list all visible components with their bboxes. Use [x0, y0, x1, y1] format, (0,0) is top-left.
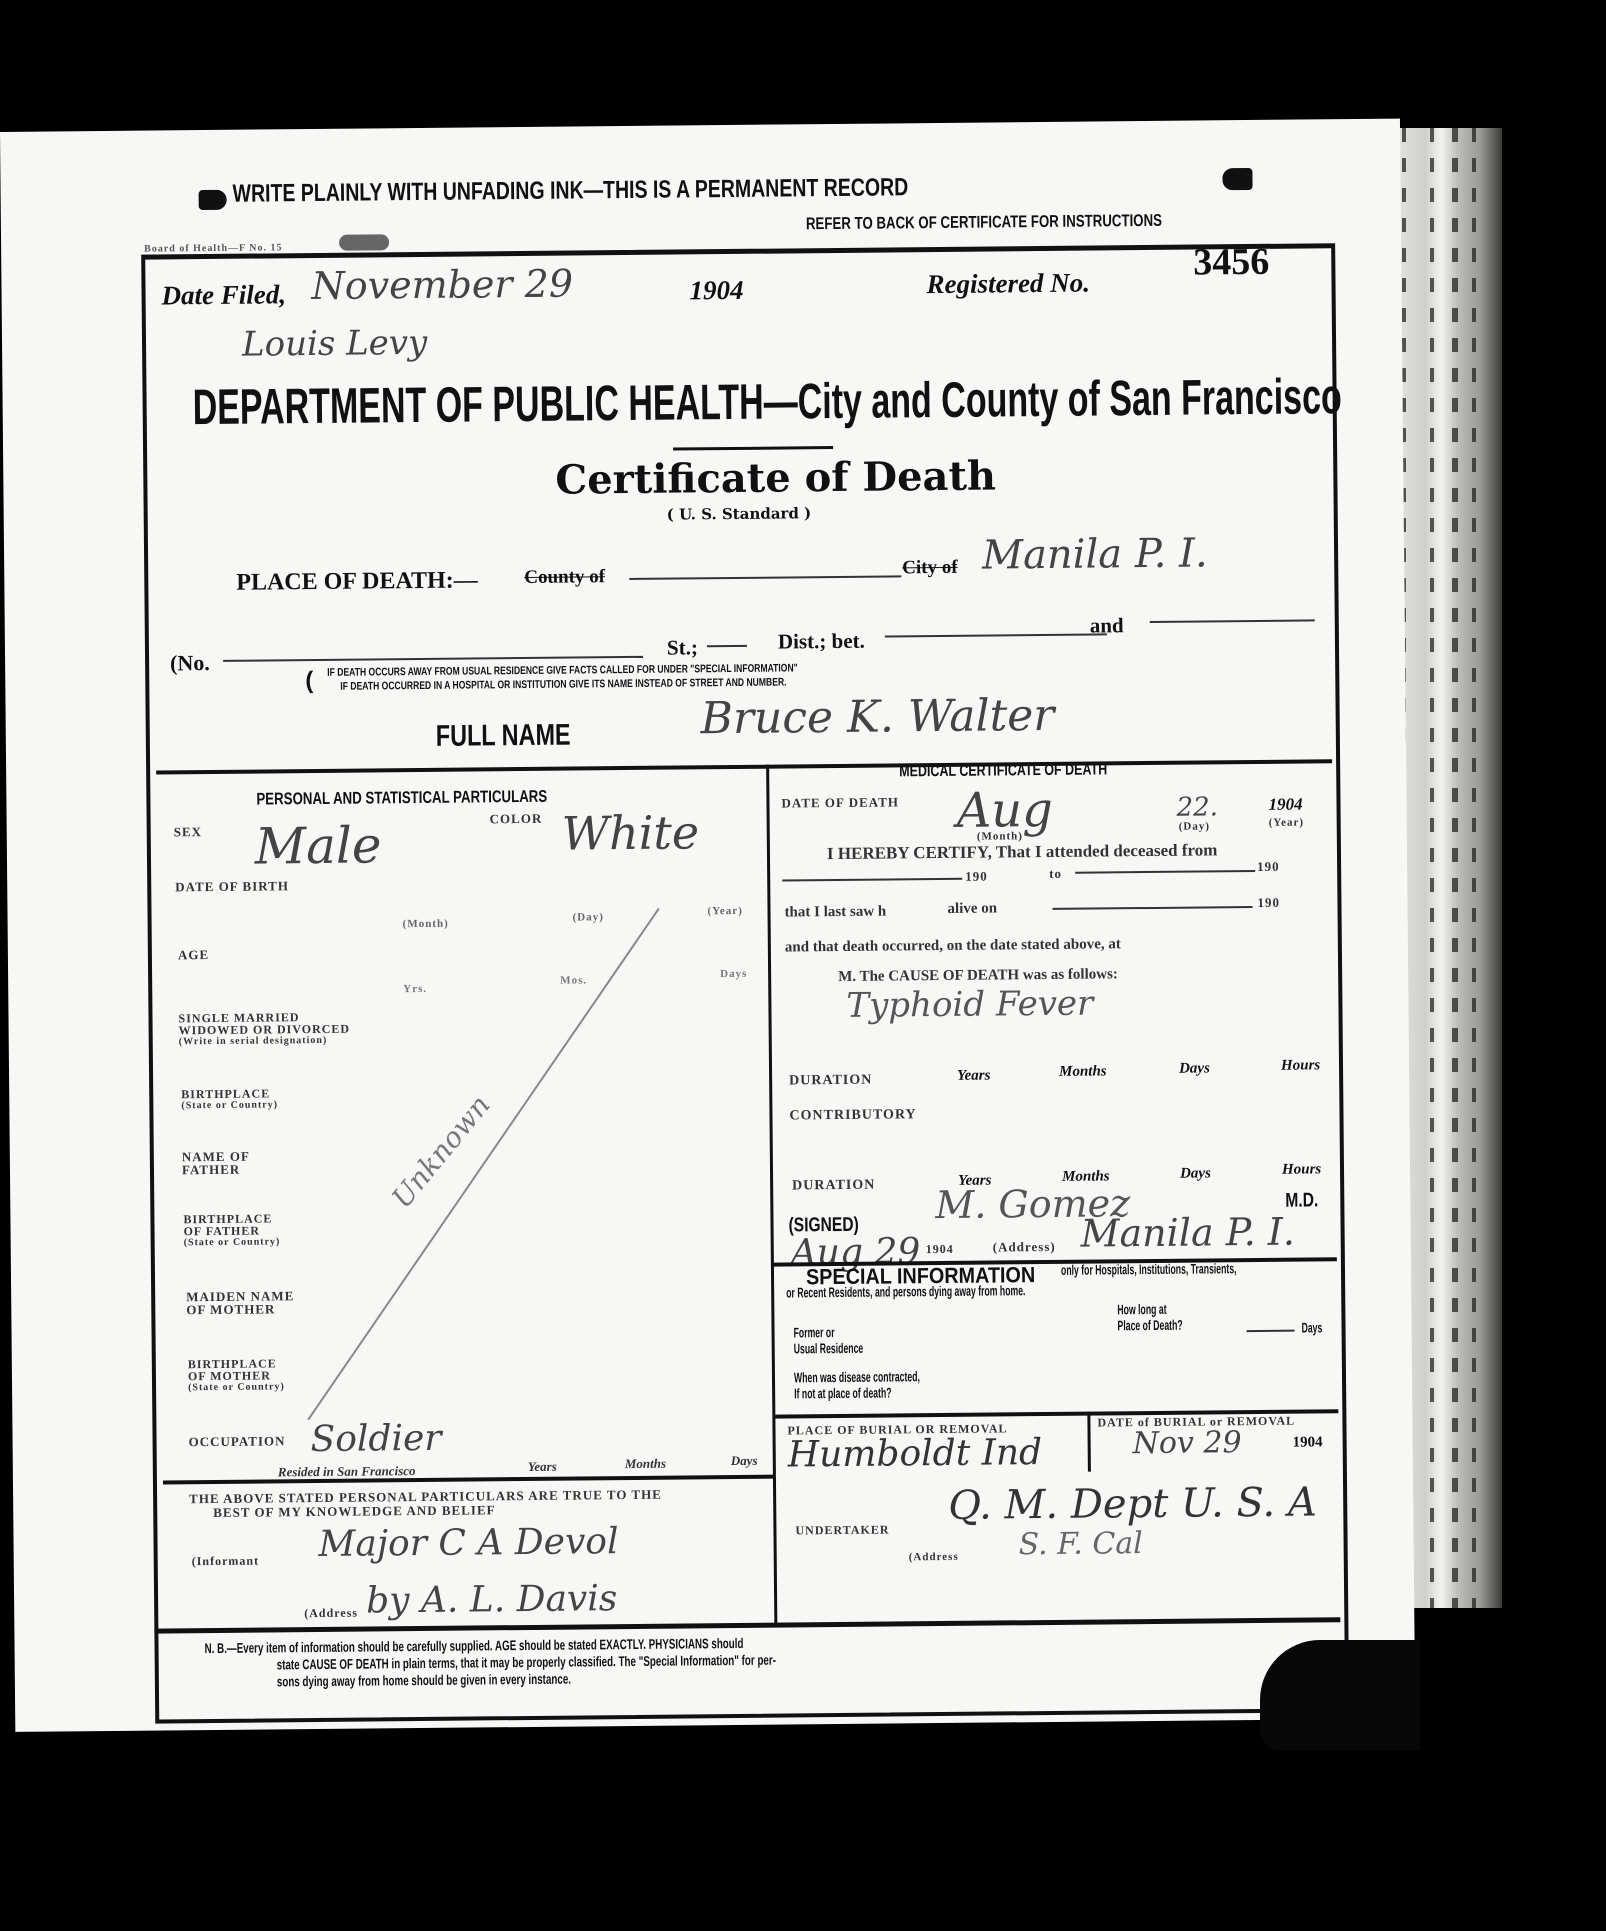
- date-filed-label: Date Filed,: [161, 279, 286, 311]
- informant-value: Major C A Devol: [318, 1521, 618, 1565]
- duration-hours-label-2: Hours: [1282, 1161, 1321, 1178]
- full-name-value: Bruce K. Walter: [700, 690, 1054, 744]
- how-long-days-label: Days: [1301, 1319, 1322, 1335]
- marital-label-line: (Write in serial designation): [179, 1035, 351, 1049]
- dob-label: DATE OF BIRTH: [175, 879, 289, 893]
- refer-note: REFER TO BACK OF CERTIFICATE FOR INSTRUC…: [806, 211, 1162, 234]
- duration-months-label: Months: [1059, 1063, 1107, 1080]
- certify-text: I HEREBY CERTIFY, That I attended deceas…: [827, 840, 1218, 864]
- alive-on-text: alive on: [947, 900, 997, 917]
- county-label: County of: [524, 566, 605, 589]
- contracted-line: When was disease contracted,: [794, 1368, 920, 1385]
- city-value: Manila P. I.: [982, 530, 1208, 578]
- former-residence-label: Former or Usual Residence: [793, 1324, 863, 1357]
- nb-line-3: sons dying away from home should be give…: [277, 1671, 571, 1690]
- birthplace-label-line: BIRTHPLACE: [181, 1087, 278, 1100]
- top-banner: WRITE PLAINLY WITH UNFADING INK—THIS IS …: [232, 173, 908, 208]
- informant-address-value: by A. L. Davis: [366, 1578, 618, 1621]
- death-year-value: 1904: [1268, 795, 1302, 815]
- duration-years-label: Years: [957, 1068, 991, 1085]
- duration-days-label-2: Days: [1180, 1165, 1211, 1182]
- edge-line: [1452, 128, 1458, 1608]
- date-filed-year: 1904: [689, 275, 743, 307]
- father-bp-line: OF FATHER: [184, 1224, 281, 1237]
- signed-year-value: 1904: [926, 1243, 954, 1256]
- sex-label: SEX: [174, 825, 202, 838]
- registered-label: Registered No.: [926, 268, 1090, 301]
- undertaker-label: UNDERTAKER: [795, 1524, 889, 1538]
- death-day-label: (Day): [1179, 820, 1210, 833]
- medical-heading: MEDICAL CERTIFICATE OF DEATH: [899, 761, 1107, 781]
- duration-label-2: DURATION: [792, 1179, 875, 1193]
- dob-month-label: (Month): [403, 918, 449, 931]
- date-filed-value: November 29: [311, 262, 573, 309]
- last-saw-text: that I last saw h: [784, 904, 886, 922]
- undertaker-address-value: S. F. Cal: [1018, 1526, 1143, 1562]
- mother-name-label: MAIDEN NAME OF MOTHER: [186, 1289, 294, 1316]
- signed-address-value: Manila P. I.: [1080, 1210, 1295, 1256]
- from-year-prefix: 190: [965, 870, 988, 883]
- birthplace-label-line: (State or Country): [181, 1099, 278, 1112]
- mother-bp-line: (State or Country): [188, 1381, 285, 1394]
- cause-value: Typhoid Fever: [846, 984, 1093, 1026]
- pointing-hand-icon: [199, 190, 227, 210]
- burial-date-value: Nov 29: [1132, 1425, 1241, 1461]
- resided-years: Years: [528, 1459, 557, 1475]
- mother-label-line: OF MOTHER: [186, 1302, 294, 1316]
- sex-value: Male: [255, 816, 382, 875]
- edge-line: [1430, 128, 1434, 1608]
- column-divider: [1087, 1412, 1091, 1472]
- duration-label: DURATION: [789, 1074, 872, 1088]
- death-occurred-text: and that death occurred, on the date sta…: [785, 936, 1121, 956]
- resided-months: Months: [625, 1456, 666, 1472]
- signed-address-label: (Address): [993, 1240, 1056, 1254]
- and-label: and: [1090, 613, 1124, 638]
- district-label: Dist.; bet.: [778, 629, 865, 655]
- street-label: St.;: [667, 635, 698, 660]
- scan-shadow: [1260, 1640, 1420, 1750]
- occupation-value: Soldier: [310, 1418, 441, 1460]
- undertaker-address-label: (Address: [909, 1551, 959, 1564]
- alive-year-prefix: 190: [1257, 896, 1280, 909]
- age-days-label: Days: [720, 968, 747, 981]
- place-of-death-label: PLACE OF DEATH:—: [236, 567, 478, 596]
- edge-line: [1472, 128, 1476, 1608]
- registrar-signature: Louis Levy: [242, 323, 428, 365]
- department-title: DEPARTMENT OF PUBLIC HEALTH—City and Cou…: [192, 367, 1342, 436]
- mother-birthplace-label: BIRTHPLACE OF MOTHER (State or Country): [188, 1357, 285, 1394]
- special-heading-note: only for Hospitals, Institutions, Transi…: [1061, 1260, 1237, 1278]
- to-year-prefix: 190: [1257, 860, 1280, 873]
- father-label-line: FATHER: [182, 1163, 250, 1177]
- mother-bp-line: OF MOTHER: [188, 1369, 285, 1382]
- father-name-label: NAME OF FATHER: [182, 1150, 250, 1177]
- to-label: to: [1049, 867, 1062, 880]
- contracted-label: When was disease contracted, If not at p…: [794, 1368, 920, 1401]
- certificate-subtitle: ( U. S. Standard ): [667, 504, 812, 523]
- contracted-line: If not at place of death?: [794, 1384, 920, 1401]
- personal-heading: PERSONAL AND STATISTICAL PARTICULARS: [256, 787, 547, 810]
- dob-year-label: (Year): [707, 905, 742, 918]
- paren-open: (: [305, 667, 313, 695]
- former-label-line: Usual Residence: [794, 1340, 864, 1357]
- birthplace-label: BIRTHPLACE (State or Country): [181, 1087, 278, 1112]
- father-bp-line: (State or Country): [184, 1236, 281, 1249]
- city-label: City of: [902, 557, 958, 580]
- burial-year: 1904: [1293, 1434, 1323, 1451]
- contributory-label: CONTRIBUTORY: [789, 1108, 916, 1122]
- duration-hours-label: Hours: [1281, 1057, 1320, 1074]
- printer-seal-icon: [339, 234, 389, 250]
- age-years-label: Yrs.: [403, 983, 427, 996]
- burial-place-value: Humboldt Ind: [788, 1432, 1043, 1475]
- how-long-label: How long at Place of Death?: [1117, 1301, 1182, 1334]
- age-label: AGE: [178, 948, 209, 961]
- special-heading-note-2: or Recent Residents, and persons dying a…: [786, 1282, 1025, 1300]
- death-year-label: (Year): [1269, 817, 1304, 830]
- father-birthplace-label: BIRTHPLACE OF FATHER (State or Country): [183, 1212, 280, 1249]
- how-long-line: How long at: [1117, 1301, 1182, 1318]
- marital-label: SINGLE MARRIED WIDOWED OR DIVORCED (Writ…: [178, 1011, 350, 1049]
- age-months-label: Mos.: [560, 974, 587, 987]
- registered-number: 3456: [1193, 240, 1269, 285]
- dob-day-label: (Day): [573, 911, 604, 924]
- death-day-value: 22.: [1176, 792, 1218, 822]
- certificate-title: Certificate of Death: [555, 452, 996, 503]
- date-of-death-label: DATE OF DEATH: [781, 795, 899, 809]
- pointing-hand-icon: [1222, 168, 1252, 190]
- death-certificate-page: WRITE PLAINLY WITH UNFADING INK—THIS IS …: [0, 119, 1415, 1732]
- former-label-line: Former or: [793, 1324, 863, 1341]
- street-line: [707, 645, 747, 647]
- resided-days: Days: [731, 1453, 758, 1469]
- duration-days-label: Days: [1179, 1060, 1210, 1077]
- full-name-label: FULL NAME: [436, 719, 571, 754]
- undertaker-value: Q. M. Dept U. S. A: [948, 1479, 1317, 1529]
- color-value: White: [562, 805, 700, 860]
- informant-address-label: (Address: [304, 1607, 358, 1621]
- how-long-line: Place of Death?: [1117, 1317, 1182, 1334]
- street-number-label: (No.: [170, 650, 210, 676]
- attest-line-2: BEST OF MY KNOWLEDGE AND BELIEF: [213, 1503, 495, 1519]
- informant-label: (Informant: [192, 1555, 259, 1569]
- occupation-label: OCCUPATION: [189, 1434, 286, 1448]
- color-label: COLOR: [490, 812, 543, 826]
